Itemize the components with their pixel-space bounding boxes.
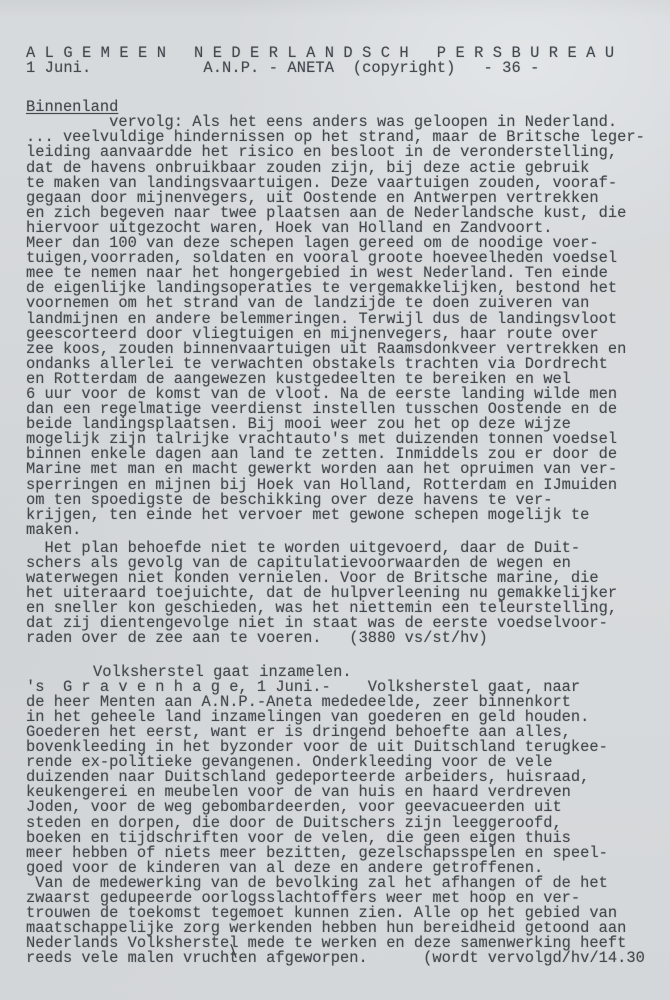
date-copyright-page-line: 1 Juni. A.N.P. - ANETA (copyright) - 36 … bbox=[26, 61, 662, 76]
text-line: maken. bbox=[26, 523, 662, 538]
article2-body: 's G r a v e n h a g e, 1 Juni.- Volkshe… bbox=[26, 680, 662, 967]
text-line: reeds vele malen vruchten afgeworpen. (w… bbox=[26, 951, 662, 966]
text-line: raden over de zee aan te voeren. (3880 v… bbox=[26, 631, 662, 646]
document-content: A L G E M E E N N E D E R L A N D S C H … bbox=[26, 46, 662, 966]
text-line: krijgen, ten einde het vervoer met gewon… bbox=[26, 508, 662, 523]
article1-paragraph1: vervolg: Als het eens anders was geloope… bbox=[26, 115, 662, 538]
article1-paragraph2: Het plan behoefde niet te worden uitgevo… bbox=[26, 541, 662, 647]
scanned-document-page: A L G E M E E N N E D E R L A N D S C H … bbox=[0, 0, 670, 1000]
